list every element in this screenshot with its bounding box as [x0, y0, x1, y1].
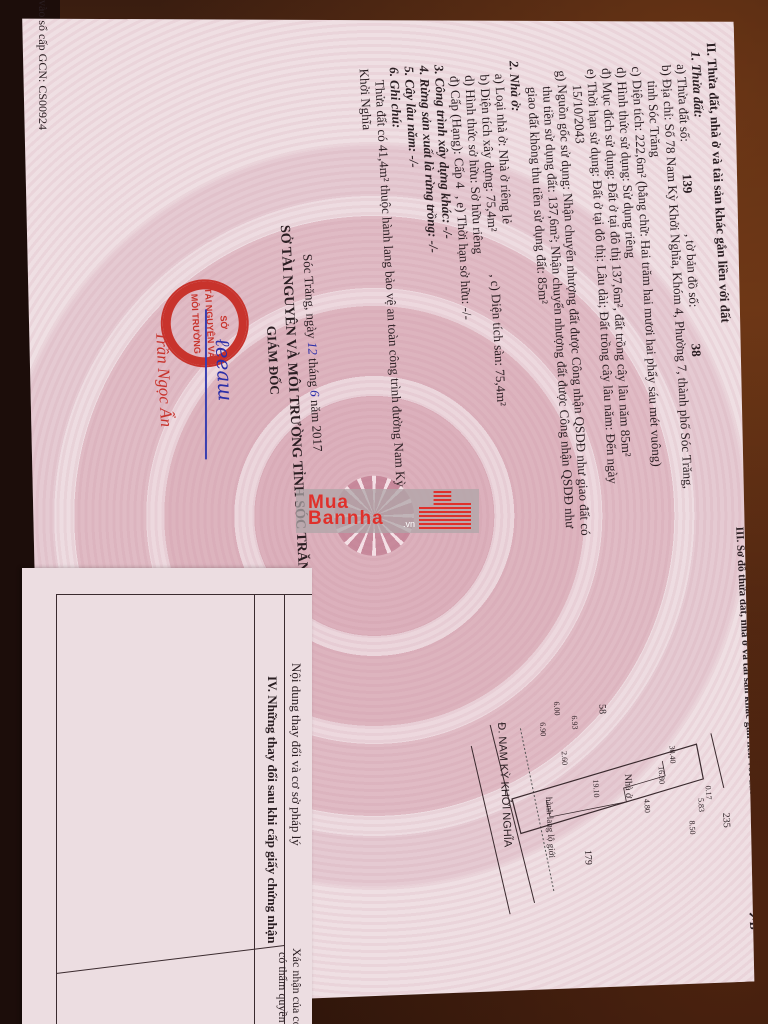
watermark-line2: Bannha: [308, 509, 384, 528]
note: Thửa đất có 41,4m² thuộc hành lang bảo v…: [372, 79, 408, 487]
map-sheet-number: 38: [689, 343, 705, 357]
dim-6-00: 6.00: [549, 701, 565, 716]
dim-2-60: 2.60: [557, 751, 573, 766]
table-border-header: [254, 594, 255, 1024]
dim-16-80: 16.80: [654, 766, 670, 785]
dim-6-93: 6.93: [567, 715, 583, 730]
table-border-top: [56, 594, 312, 595]
dim-30-40: 30.40: [665, 745, 681, 764]
watermark-suffix: .vn: [403, 519, 415, 529]
section4-col1: Nội dung thay đổi và cơ sở pháp lý: [288, 663, 304, 846]
house-floor-area: , c) Diện tích sàn: 75,4m²: [488, 274, 510, 407]
section4-col2-line1: Xác nhận của cơ: [289, 948, 304, 1024]
handwritten-signature: ℓeeaш: [215, 338, 233, 402]
dim-5-83: 5.83: [693, 798, 709, 813]
sign-place-date: Sóc Trăng, ngày 12 tháng 6 năm 2017: [300, 253, 325, 451]
parcel-number: 139: [680, 174, 696, 194]
signer-title: GIÁM ĐỐC: [264, 325, 283, 395]
table-border-left: [56, 594, 57, 1024]
section4-col2-line2: có thẩm quyền: [275, 952, 290, 1023]
section2-heading: II. Thửa đất, nhà ở và tài sản khác gắn …: [704, 42, 734, 323]
page-iv-sheet: IV. Những thay đổi sau khi cấp giấy chứn…: [22, 568, 312, 1024]
building-logo-icon: [419, 491, 471, 531]
dim-6-90: 6.90: [535, 722, 551, 737]
muabannha-watermark: Mua Bannha .vn: [296, 489, 479, 533]
dim-19-10: 19.10: [588, 779, 604, 798]
section4-heading: IV. Những thay đổi sau khi cấp giấy chứn…: [264, 676, 280, 944]
signature-stroke: [205, 309, 207, 459]
dim-4-80: 4.80: [639, 798, 655, 813]
dim-8-50: 8.50: [684, 820, 700, 835]
corridor-label: hành lang lộ giới: [541, 797, 559, 859]
signer-name: Trần Ngọc Ẩn: [154, 331, 174, 427]
section2-sub2: 2. Nhà ở:: [506, 60, 524, 111]
registry-note: vào sổ cấp GCN: CS00924: [30, 0, 50, 200]
note-cont: Khởi Nghĩa: [357, 68, 375, 130]
house-label-diagram: Nhà ở: [620, 773, 636, 798]
usage-term-cont: 15/10/2043: [570, 84, 588, 144]
table-row-divider: [56, 945, 284, 974]
